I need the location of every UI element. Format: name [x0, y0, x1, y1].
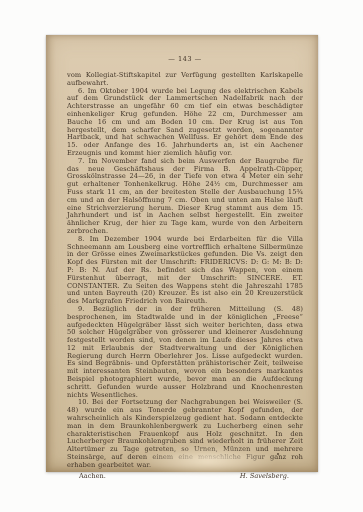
paragraph-item-6: 6. Im Oktober 1904 wurde bei Legung des … — [67, 88, 303, 158]
page-number: — 143 — — [67, 55, 303, 63]
signature-place: Aachen. — [79, 473, 106, 481]
paragraph-item-9: 9. Bezüglich der in der früheren Mitteil… — [67, 306, 303, 400]
scanned-book-page: — 143 — vom Kollegiat-Stiftskapitel zur … — [46, 35, 318, 472]
signature-row: Aachen. H. Savelsberg. — [67, 473, 303, 481]
signature-author: H. Savelsberg. — [240, 473, 289, 481]
paragraph-continuation: vom Kollegiat-Stiftskapitel zur Verfügun… — [67, 72, 303, 88]
page-text-block: — 143 — vom Kollegiat-Stiftskapitel zur … — [67, 55, 303, 480]
paragraph-item-8: 8. Im Dezember 1904 wurde bei Erdarbeite… — [67, 236, 303, 306]
ink-speck — [277, 453, 279, 455]
paragraph-item-10: 10. Bei der Fortsetzung der Nachgrabunge… — [67, 399, 303, 469]
paragraph-item-7: 7. Im November fand sich beim Auswerfen … — [67, 158, 303, 236]
